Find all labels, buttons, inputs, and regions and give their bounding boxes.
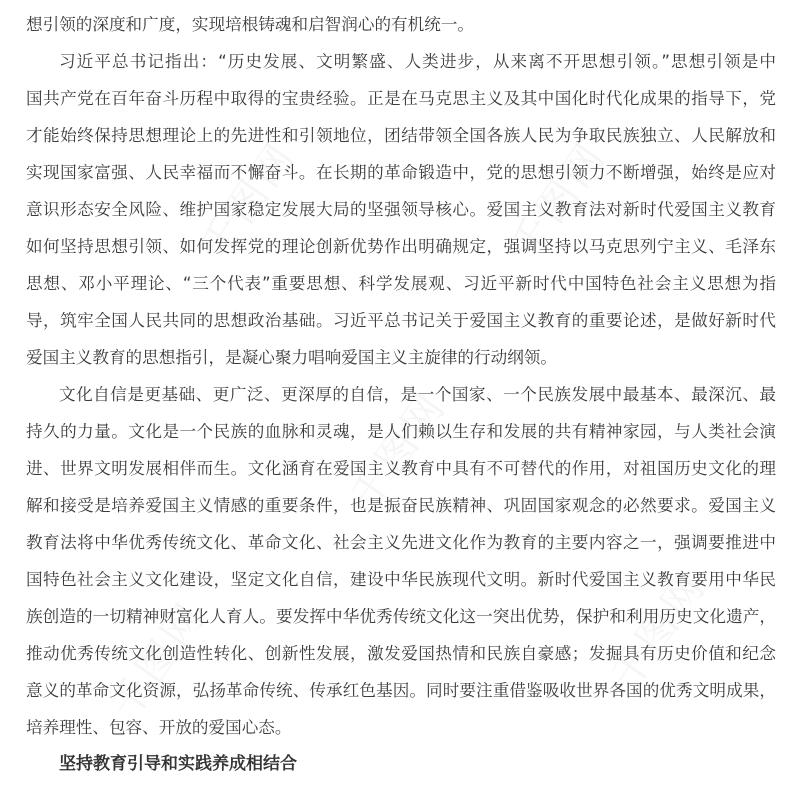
document-body: 想引领的深度和广度，实现培根铸魂和启智润心的有机统一。 习近平总书记指出：“历史… xyxy=(26,6,776,783)
text-line: 培养理性、包容、开放的爱国心态。 xyxy=(26,709,776,746)
text-line: 国特色社会主义文化建设，坚定文化自信，建设中华民族现代文明。新时代爱国主义教育要… xyxy=(26,561,776,598)
paragraph-3: 文化自信是更基础、更广泛、更深厚的自信，是一个国家、一个民族发展中最基本、最深沉… xyxy=(26,376,776,746)
paragraph-1: 想引领的深度和广度，实现培根铸魂和启智润心的有机统一。 xyxy=(26,6,776,43)
text-line: 教育法将中华优秀传统文化、革命文化、社会主义先进文化作为教育的主要内容之一，强调… xyxy=(26,524,776,561)
text-line: 文化自信是更基础、更广泛、更深厚的自信，是一个国家、一个民族发展中最基本、最深沉… xyxy=(26,376,776,413)
text-line: 想引领的深度和广度，实现培根铸魂和启智润心的有机统一。 xyxy=(26,6,776,43)
text-line: 族创造的一切精神财富化人育人。要发挥中华优秀传统文化这一突出优势，保护和利用历史… xyxy=(26,598,776,635)
text-line: 持久的力量。文化是一个民族的血脉和灵魂，是人们赖以生存和发展的共有精神家园，与人… xyxy=(26,413,776,450)
text-line: 习近平总书记指出：“历史发展、文明繁盛、人类进步，从来离不开思想引领。”思想引领… xyxy=(26,43,776,80)
text-line: 如何坚持思想引领、如何发挥党的理论创新优势作出明确规定，强调坚持以马克思列宁主义… xyxy=(26,228,776,265)
text-line: 意识形态安全风险、维护国家稳定发展大局的坚强领导核心。爱国主义教育法对新时代爱国… xyxy=(26,191,776,228)
text-line: 解和接受是培养爱国主义情感的重要条件，也是振奋民族精神、巩固国家观念的必然要求。… xyxy=(26,487,776,524)
section-heading: 坚持教育引导和实践养成相结合 xyxy=(26,746,776,783)
text-line: 爱国主义教育的思想指引，是凝心聚力唱响爱国主义主旋律的行动纲领。 xyxy=(26,339,776,376)
text-line: 才能始终保持思想理论上的先进性和引领地位，团结带领全国各族人民为争取民族独立、人… xyxy=(26,117,776,154)
text-line: 国共产党在百年奋斗历程中取得的宝贵经验。正是在马克思主义及其中国化时代化成果的指… xyxy=(26,80,776,117)
text-line: 思想、邓小平理论、“三个代表”重要思想、科学发展观、习近平新时代中国特色社会主义… xyxy=(26,265,776,302)
text-line: 推动优秀传统文化创造性转化、创新性发展，激发爱国热情和民族自豪感；发掘具有历史价… xyxy=(26,635,776,672)
text-line: 意义的革命文化资源，弘扬革命传统、传承红色基因。同时要注重借鉴吸收世界各国的优秀… xyxy=(26,672,776,709)
text-line: 实现国家富强、人民幸福而不懈奋斗。在长期的革命锻造中，党的思想引领力不断增强，始… xyxy=(26,154,776,191)
text-line: 导，筑牢全国人民共同的思想政治基础。习近平总书记关于爱国主义教育的重要论述，是做… xyxy=(26,302,776,339)
paragraph-2: 习近平总书记指出：“历史发展、文明繁盛、人类进步，从来离不开思想引领。”思想引领… xyxy=(26,43,776,376)
text-line: 进、世界文明发展相伴而生。文化涵育在爱国主义教育中具有不可替代的作用，对祖国历史… xyxy=(26,450,776,487)
